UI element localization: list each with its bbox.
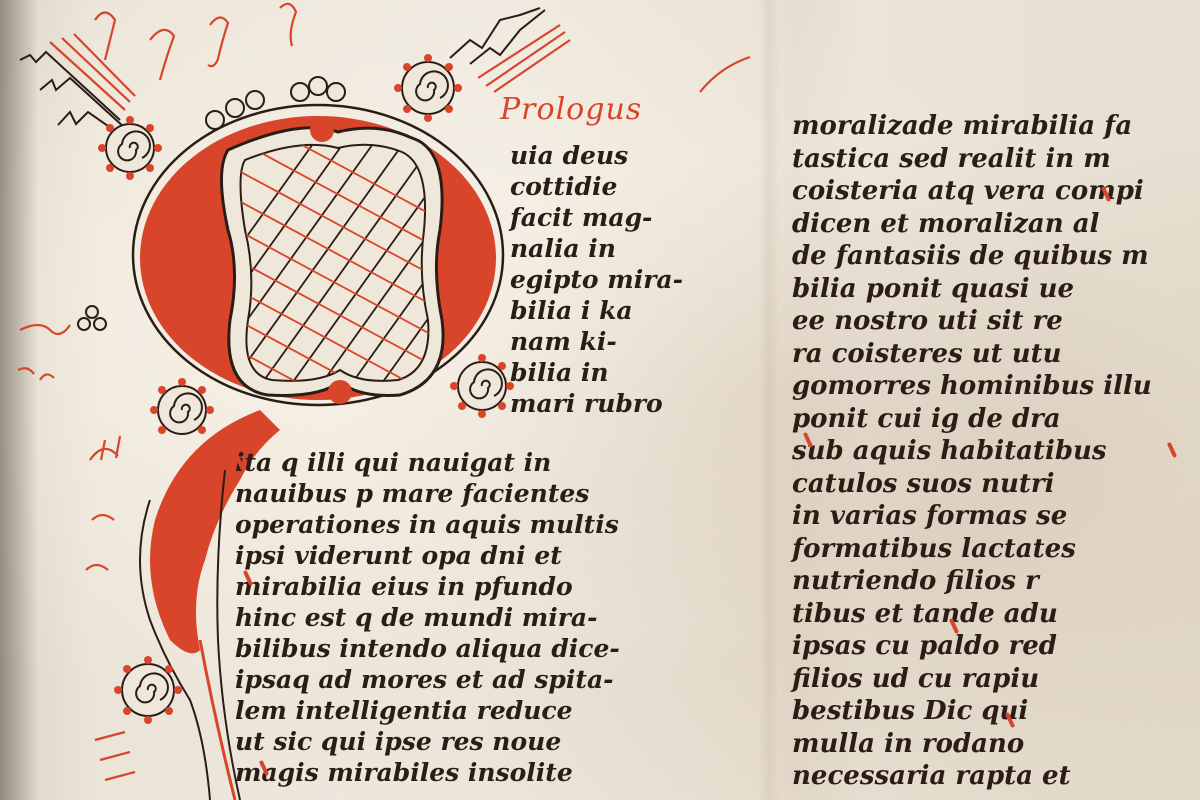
text-column-left-bottom: ita q illi qui nauigat in nauibus p mare… xyxy=(235,447,620,788)
text-line: moralizade mirabilia fa xyxy=(792,110,1152,143)
text-line: coisteria atq vera compi xyxy=(792,175,1152,208)
text-line: nalia in xyxy=(510,233,683,264)
text-line: de fantasiis de quibus m xyxy=(792,240,1152,273)
text-line: ipsas cu paldo red xyxy=(792,630,1152,663)
text-line: bilibus intendo aliqua dice- xyxy=(235,633,620,664)
text-line: mirabilia eius in pfundo xyxy=(235,571,620,602)
text-line: formatibus lactates xyxy=(792,533,1152,566)
text-line: dicen et moralizan al xyxy=(792,208,1152,241)
text-line: bestibus Dic qui xyxy=(792,695,1152,728)
text-line: nutriendo filios r xyxy=(792,565,1152,598)
text-line: bilia ponit quasi ue xyxy=(792,273,1152,306)
text-line: ponit cui ig de dra xyxy=(792,403,1152,436)
text-line: ra coisteres ut utu xyxy=(792,338,1152,371)
text-line: egipto mira- xyxy=(510,264,683,295)
text-line: nauibus p mare facientes xyxy=(235,478,620,509)
text-line: filios ud cu rapiu xyxy=(792,663,1152,696)
text-line: operationes in aquis multis xyxy=(235,509,620,540)
text-line: tibus et tande adu xyxy=(792,598,1152,631)
text-line: hinc est q de mundi mira- xyxy=(235,602,620,633)
text-line: nam ki- xyxy=(510,326,683,357)
text-line: tastica sed realit in m xyxy=(792,143,1152,176)
text-column-left-top: uia deus cottidie facit mag- nalia in eg… xyxy=(510,140,683,419)
text-line: gomorres hominibus illu xyxy=(792,370,1152,403)
text-line: facit mag- xyxy=(510,202,683,233)
text-line: catulos suos nutri xyxy=(792,468,1152,501)
text-line: mulla in rodano xyxy=(792,728,1152,761)
text-line: magis mirabiles insolite xyxy=(235,757,620,788)
text-line: bilia in xyxy=(510,357,683,388)
text-line: sub aquis habitatibus xyxy=(792,435,1152,468)
text-line: bilia i ka xyxy=(510,295,683,326)
text-line: uia deus xyxy=(510,140,683,171)
text-line: cottidie xyxy=(510,171,683,202)
column-gutter xyxy=(758,0,780,800)
text-line: ut sic qui ipse res noue xyxy=(235,726,620,757)
text-column-right: moralizade mirabilia fa tastica sed real… xyxy=(792,110,1152,793)
text-line: mari rubro xyxy=(510,388,683,419)
text-line: ita q illi qui nauigat in xyxy=(235,447,620,478)
text-line: in varias formas se xyxy=(792,500,1152,533)
rubric-heading: Prologus xyxy=(500,92,642,127)
text-line: ee nostro uti sit re xyxy=(792,305,1152,338)
text-line: lem intelligentia reduce xyxy=(235,695,620,726)
text-line: ipsaq ad mores et ad spita- xyxy=(235,664,620,695)
text-line: ipsi viderunt opa dni et xyxy=(235,540,620,571)
text-line: necessaria rapta et xyxy=(792,760,1152,793)
